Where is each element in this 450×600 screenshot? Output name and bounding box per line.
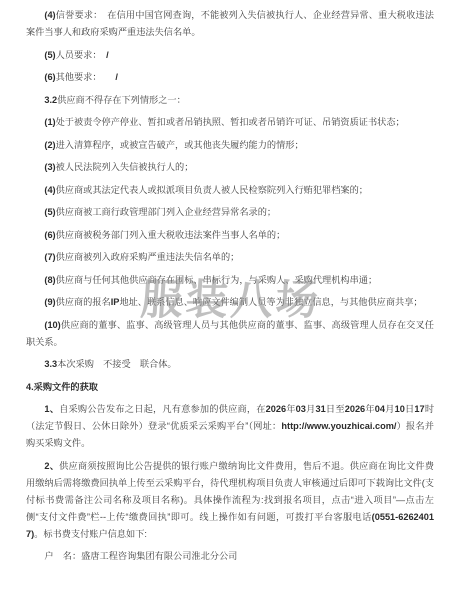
text-run-bold: /: [115, 72, 118, 82]
text-run: 月: [385, 404, 395, 414]
section-heading: 4.采购文件的获取: [26, 379, 434, 396]
text-run-bold: (4): [44, 185, 55, 195]
paragraph: (7)供应商被列入政府采购严重违法失信名单的；: [26, 249, 434, 266]
text-run: 供应商被工商行政管理部门列入企业经营异常名录的；: [56, 207, 277, 217]
paragraph: (6)供应商被税务部门列入重大税收违法案件当事人名单的；: [26, 227, 434, 244]
text-run-bold: (6): [44, 72, 55, 82]
text-run-bold: 31: [316, 404, 326, 414]
paragraph: (4)信誉要求： 在信用中国官网查询，不能被列入失信被执行人、企业经营异常、重大…: [26, 7, 434, 41]
text-run: 处于被责令停产停业、暂扣或者吊销执照、暂扣或者吊销许可证、吊销资质证书状态；: [56, 117, 405, 127]
paragraph: (1)处于被责令停产停业、暂扣或者吊销执照、暂扣或者吊销许可证、吊销资质证书状态…: [26, 114, 434, 131]
text-run: 人员要求：: [56, 50, 107, 60]
text-run: 日: [405, 404, 415, 414]
text-run-bold: 1、: [44, 404, 59, 414]
text-run-bold: (3): [44, 162, 55, 172]
paragraph: 3.2供应商不得存在下列情形之一：: [26, 92, 434, 109]
paragraph: (8)供应商与任何其他供应商存在围标、串标行为，与采购人、采购代理机构串通；: [26, 272, 434, 289]
document-body: (4)信誉要求： 在信用中国官网查询，不能被列入失信被执行人、企业经营异常、重大…: [0, 0, 450, 565]
text-run: 本次采购 不接受 联合体。: [57, 359, 176, 369]
text-run-bold: 03: [296, 404, 306, 414]
text-run-bold: 2026: [266, 404, 286, 414]
text-run-bold: (7): [44, 252, 55, 262]
text-run-bold: (8): [44, 275, 55, 285]
text-run: 地址、联系信息、响应文件编制人员等为非独立信息，与其他供应商共享；: [119, 297, 422, 307]
text-run-bold: 3.3: [44, 359, 57, 369]
text-run-bold: (4): [44, 10, 55, 20]
text-run: 年: [365, 404, 375, 414]
text-run: 其他要求：: [56, 72, 116, 82]
text-run: 信誉要求： 在信用中国官网查询，不能被列入失信被执行人、企业经营异常、重大税收违…: [26, 10, 434, 37]
text-run: 自采购公告发布之日起，凡有意参加的供应商，在: [59, 404, 266, 414]
paragraph: (4)供应商或其法定代表人或拟派项目负责人被人民检察院列入行贿犯罪档案的；: [26, 182, 434, 199]
text-run-bold: 3.2: [44, 95, 57, 105]
text-run-bold: 2026: [345, 404, 365, 414]
text-run-bold: (6): [44, 230, 55, 240]
text-run-bold: (9): [44, 297, 55, 307]
text-run-bold: 4.采购文件的获取: [26, 382, 98, 392]
text-run: 被人民法院列入失信被执行人的；: [56, 162, 194, 172]
text-run: 月: [306, 404, 316, 414]
text-run: 。标书费支付账户信息如下:: [34, 529, 147, 539]
paragraph: (5)人员要求： /: [26, 47, 434, 64]
text-run-bold: http://www.youzhicai.com/: [281, 421, 396, 431]
text-run-bold: (5): [44, 50, 55, 60]
text-run: 进入清算程序，或被宣告破产，或其他丧失履约能力的情形；: [56, 140, 304, 150]
document-page: 服装八场 (4)信誉要求： 在信用中国官网查询，不能被列入失信被执行人、企业经营…: [0, 0, 450, 600]
paragraph: 3.3本次采购 不接受 联合体。: [26, 356, 434, 373]
text-run-bold: 2、: [44, 461, 59, 471]
paragraph: (5)供应商被工商行政管理部门列入企业经营异常名录的；: [26, 204, 434, 221]
text-run-bold: /: [106, 50, 109, 60]
text-run-bold: 10: [395, 404, 405, 414]
paragraph: (3)被人民法院列入失信被执行人的；: [26, 159, 434, 176]
paragraph: (10)供应商的董事、监事、高级管理人员与其他供应商的董事、监事、高级管理人员存…: [26, 317, 434, 351]
paragraph: 2、供应商须按照询比公告提供的银行账户缴纳询比文件费用，售后不退。供应商在询比文…: [26, 458, 434, 543]
text-run-bold: (1): [44, 117, 55, 127]
text-run: 供应商被税务部门列入重大税收违法案件当事人名单的；: [56, 230, 286, 240]
text-run: 供应商与任何其他供应商存在围标、串标行为，与采购人、采购代理机构串通；: [56, 275, 378, 285]
text-run-bold: 04: [375, 404, 385, 414]
text-run-bold: (5): [44, 207, 55, 217]
paragraph: 户 名：盛唐工程咨询集团有限公司淮北分公司: [26, 548, 434, 565]
text-run-bold: (2): [44, 140, 55, 150]
text-run-bold: (10): [44, 320, 60, 330]
text-run: 供应商的报名: [56, 297, 111, 307]
paragraph: 1、自采购公告发布之日起，凡有意参加的供应商，在2026年03月31日至2026…: [26, 401, 434, 452]
text-run: 供应商不得存在下列情形之一：: [57, 95, 186, 105]
text-run-bold: 17: [414, 404, 424, 414]
text-run: 年: [286, 404, 296, 414]
text-run: 供应商或其法定代表人或拟派项目负责人被人民检察院列入行贿犯罪档案的；: [56, 185, 368, 195]
text-run: 供应商的董事、监事、高级管理人员与其他供应商的董事、监事、高级管理人员存在交叉任…: [26, 320, 434, 347]
paragraph: (6)其他要求： /: [26, 69, 434, 86]
paragraph: (9)供应商的报名IP地址、联系信息、响应文件编制人员等为非独立信息，与其他供应…: [26, 294, 434, 311]
text-run: 户 名：盛唐工程咨询集团有限公司淮北分公司: [44, 551, 237, 561]
paragraph: (2)进入清算程序，或被宣告破产，或其他丧失履约能力的情形；: [26, 137, 434, 154]
text-run: 供应商被列入政府采购严重违法失信名单的；: [56, 252, 240, 262]
text-run: 日至: [326, 404, 345, 414]
